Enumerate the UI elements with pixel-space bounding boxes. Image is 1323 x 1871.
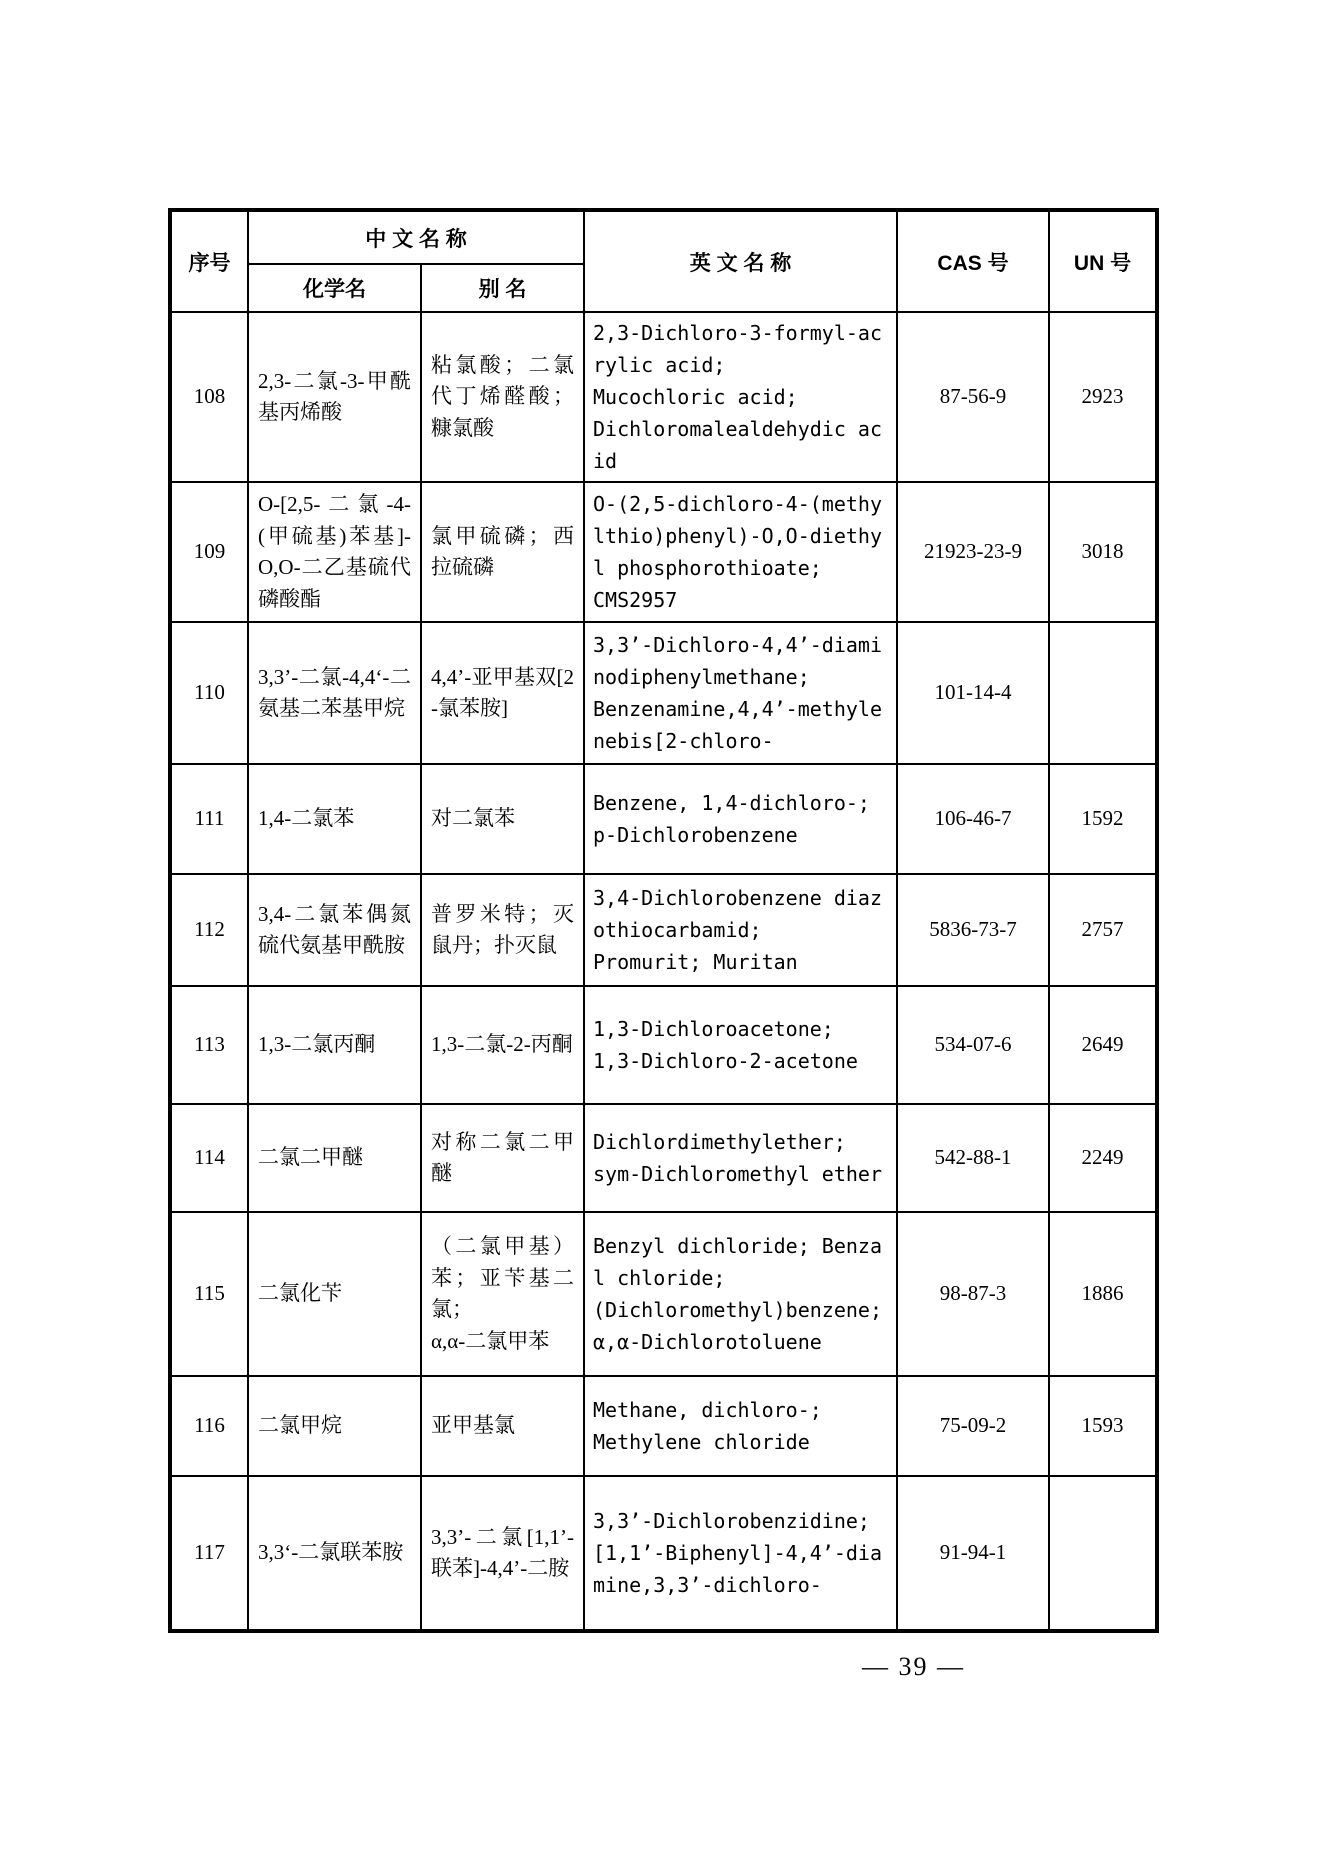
- header-chemical-name: 化学名: [248, 264, 421, 312]
- table-row: 108 2,3-二氯-3-甲酰基丙烯酸 粘氯酸；二氯代丁烯醛酸；糠氯酸 2,3-…: [170, 312, 1157, 482]
- header-english-name: 英 文 名 称: [584, 210, 897, 312]
- cell-chemical-name: 3,3’-二氯-4,4‘-二氨基二苯基甲烷: [248, 622, 421, 764]
- header-serial: 序号: [170, 210, 248, 312]
- cell-un: 3018: [1049, 482, 1157, 622]
- cell-english-name: Benzyl dichloride; Benzal chloride; (Dic…: [584, 1212, 897, 1376]
- cell-english-name: Dichlordimethylether; sym-Dichloromethyl…: [584, 1104, 897, 1212]
- table-row: 111 1,4-二氯苯 对二氯苯 Benzene, 1,4-dichloro-;…: [170, 764, 1157, 874]
- cell-alias: 亚甲基氯: [421, 1376, 584, 1476]
- cell-serial: 114: [170, 1104, 248, 1212]
- cell-un: [1049, 622, 1157, 764]
- cell-cas: 87-56-9: [897, 312, 1049, 482]
- cell-chemical-name: 二氯化苄: [248, 1212, 421, 1376]
- cell-serial: 117: [170, 1476, 248, 1631]
- cell-serial: 110: [170, 622, 248, 764]
- cell-chemical-name: 二氯二甲醚: [248, 1104, 421, 1212]
- cell-serial: 115: [170, 1212, 248, 1376]
- cell-alias: （二氯甲基）苯；亚苄基二氯； α,α-二氯甲苯: [421, 1212, 584, 1376]
- table-row: 115 二氯化苄 （二氯甲基）苯；亚苄基二氯； α,α-二氯甲苯 Benzyl …: [170, 1212, 1157, 1376]
- table-row: 109 O-[2,5-二氯-4-(甲硫基)苯基]-O,O-二乙基硫代磷酸酯 氯甲…: [170, 482, 1157, 622]
- cell-cas: 534-07-6: [897, 986, 1049, 1104]
- cell-un: [1049, 1476, 1157, 1631]
- cell-english-name: Benzene, 1,4-dichloro-; p-Dichlorobenzen…: [584, 764, 897, 874]
- page-number: — 39 —: [862, 1652, 965, 1682]
- cell-cas: 542-88-1: [897, 1104, 1049, 1212]
- cell-chemical-name: 1,3-二氯丙酮: [248, 986, 421, 1104]
- cell-chemical-name: 二氯甲烷: [248, 1376, 421, 1476]
- cell-alias: 对称二氯二甲醚: [421, 1104, 584, 1212]
- cell-alias: 1,3-二氯-2-丙酮: [421, 986, 584, 1104]
- cell-english-name: 1,3-Dichloroacetone; 1,3-Dichloro-2-acet…: [584, 986, 897, 1104]
- cell-alias: 4,4’-亚甲基双[2-氯苯胺]: [421, 622, 584, 764]
- cell-english-name: 2,3-Dichloro-3-formyl-acrylic acid; Muco…: [584, 312, 897, 482]
- cell-alias: 对二氯苯: [421, 764, 584, 874]
- table-row: 117 3,3‘-二氯联苯胺 3,3’-二氯[1,1’-联苯]-4,4’-二胺 …: [170, 1476, 1157, 1631]
- header-row-top: 序号 中 文 名 称 英 文 名 称 CAS 号 UN 号: [170, 210, 1157, 264]
- cell-un: 1886: [1049, 1212, 1157, 1376]
- cell-english-name: O-(2,5-dichloro-4-(methylthio)phenyl)-O,…: [584, 482, 897, 622]
- cell-serial: 112: [170, 874, 248, 986]
- cell-cas: 75-09-2: [897, 1376, 1049, 1476]
- cell-un: 1592: [1049, 764, 1157, 874]
- cell-cas: 91-94-1: [897, 1476, 1049, 1631]
- table-row: 112 3,4-二氯苯偶氮硫代氨基甲酰胺 普罗米特；灭鼠丹；扑灭鼠 3,4-Di…: [170, 874, 1157, 986]
- cell-serial: 113: [170, 986, 248, 1104]
- table-row: 116 二氯甲烷 亚甲基氯 Methane, dichloro-; Methyl…: [170, 1376, 1157, 1476]
- cell-serial: 111: [170, 764, 248, 874]
- cell-english-name: Methane, dichloro-; Methylene chloride: [584, 1376, 897, 1476]
- cell-cas: 106-46-7: [897, 764, 1049, 874]
- cell-chemical-name: 1,4-二氯苯: [248, 764, 421, 874]
- cell-serial: 116: [170, 1376, 248, 1476]
- cell-un: 2757: [1049, 874, 1157, 986]
- table-row: 114 二氯二甲醚 对称二氯二甲醚 Dichlordimethylether; …: [170, 1104, 1157, 1212]
- chemical-list-table-wrap: 序号 中 文 名 称 英 文 名 称 CAS 号 UN 号 化学名 别 名 10…: [168, 208, 1159, 1633]
- cell-un: 2649: [1049, 986, 1157, 1104]
- cell-alias: 3,3’-二氯[1,1’-联苯]-4,4’-二胺: [421, 1476, 584, 1631]
- cell-cas: 21923-23-9: [897, 482, 1049, 622]
- header-alias: 别 名: [421, 264, 584, 312]
- cell-english-name: 3,4-Dichlorobenzene diazothiocarbamid; P…: [584, 874, 897, 986]
- cell-un: 2249: [1049, 1104, 1157, 1212]
- header-cas: CAS 号: [897, 210, 1049, 312]
- header-chinese-name-group: 中 文 名 称: [248, 210, 584, 264]
- cell-cas: 98-87-3: [897, 1212, 1049, 1376]
- cell-un: 2923: [1049, 312, 1157, 482]
- cell-english-name: 3,3’-Dichlorobenzidine; [1,1’-Biphenyl]-…: [584, 1476, 897, 1631]
- cell-cas: 101-14-4: [897, 622, 1049, 764]
- cell-alias: 普罗米特；灭鼠丹；扑灭鼠: [421, 874, 584, 986]
- header-un: UN 号: [1049, 210, 1157, 312]
- cell-chemical-name: 3,3‘-二氯联苯胺: [248, 1476, 421, 1631]
- cell-alias: 粘氯酸；二氯代丁烯醛酸；糠氯酸: [421, 312, 584, 482]
- cell-chemical-name: 3,4-二氯苯偶氮硫代氨基甲酰胺: [248, 874, 421, 986]
- cell-chemical-name: 2,3-二氯-3-甲酰基丙烯酸: [248, 312, 421, 482]
- cell-cas: 5836-73-7: [897, 874, 1049, 986]
- table-row: 110 3,3’-二氯-4,4‘-二氨基二苯基甲烷 4,4’-亚甲基双[2-氯苯…: [170, 622, 1157, 764]
- cell-chemical-name: O-[2,5-二氯-4-(甲硫基)苯基]-O,O-二乙基硫代磷酸酯: [248, 482, 421, 622]
- cell-un: 1593: [1049, 1376, 1157, 1476]
- cell-english-name: 3,3’-Dichloro-4,4’-diaminodiphenylmethan…: [584, 622, 897, 764]
- cell-alias: 氯甲硫磷；西拉硫磷: [421, 482, 584, 622]
- cell-serial: 108: [170, 312, 248, 482]
- cell-serial: 109: [170, 482, 248, 622]
- table-row: 113 1,3-二氯丙酮 1,3-二氯-2-丙酮 1,3-Dichloroace…: [170, 986, 1157, 1104]
- chemical-list-table: 序号 中 文 名 称 英 文 名 称 CAS 号 UN 号 化学名 别 名 10…: [168, 208, 1159, 1633]
